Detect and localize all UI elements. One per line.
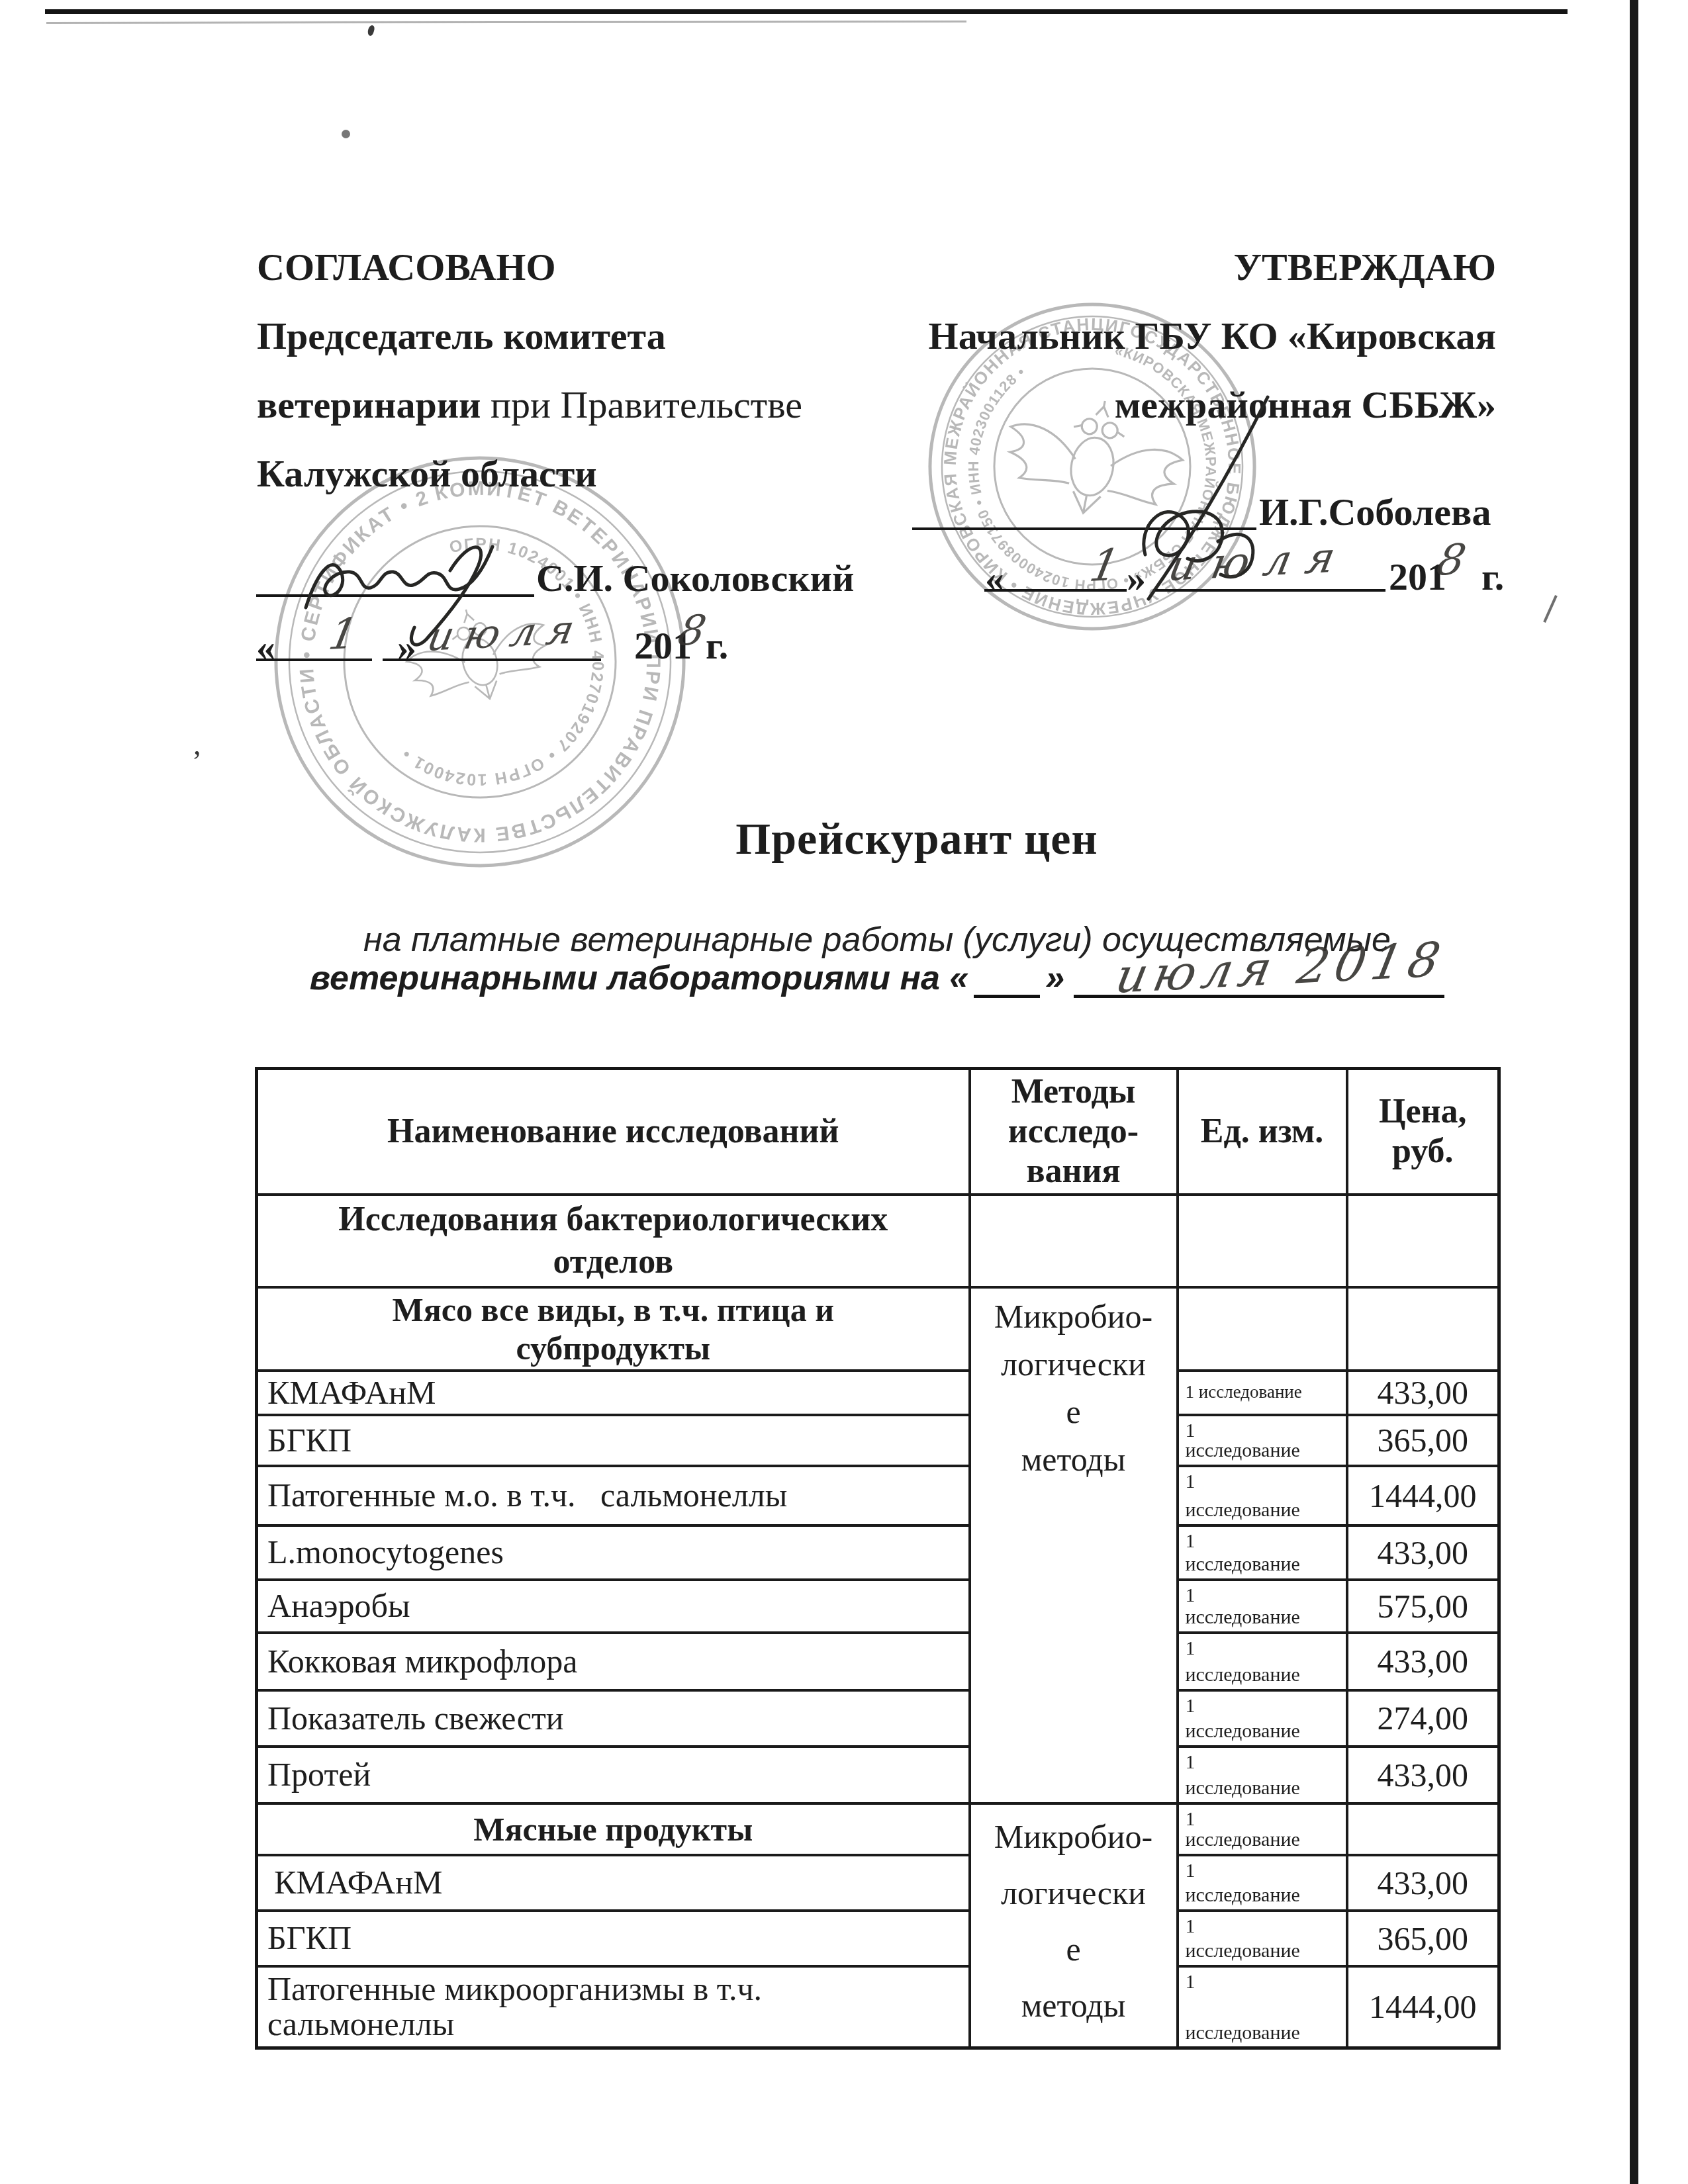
- left-date-era: г.: [706, 625, 728, 667]
- right-date-open-quote: «: [985, 557, 1004, 600]
- left-block-heading: СОГЛАСОВАНО: [257, 246, 556, 289]
- left-date-close-quote: »: [397, 626, 416, 668]
- table-row: Патогенные микроорганизмы в т.ч.сальмоне…: [257, 1966, 1499, 2048]
- group2-header-row: Мясные продукты Микробио-логическиеметод…: [257, 1803, 1499, 1855]
- row-unit: 1исследование: [1178, 1580, 1347, 1633]
- left-signatory-name: С.И. Соколовский: [536, 557, 854, 600]
- scan-artifact-top-line: [45, 9, 1568, 14]
- row-unit: 1исследование: [1178, 1855, 1347, 1911]
- row-price: 433,00: [1347, 1371, 1499, 1415]
- scan-speck: [367, 24, 376, 36]
- row-name: Показатель свежести: [257, 1690, 970, 1747]
- row-price: 1444,00: [1347, 1966, 1499, 2048]
- left-date-day-blank: [256, 659, 372, 661]
- table-row: КМАФАнМ 1исследование 433,00: [257, 1855, 1499, 1911]
- subtitle-day-blank: [974, 960, 1040, 998]
- row-price: 433,00: [1347, 1855, 1499, 1911]
- row-unit: 1исследование: [1178, 1466, 1347, 1525]
- row-unit: 1исследование: [1178, 1747, 1347, 1803]
- header-name: Наименование исследований: [257, 1069, 970, 1195]
- left-block-line2-regular: при Правительстве: [481, 383, 802, 426]
- table-header-row: Наименование исследований Методыисследо-…: [257, 1069, 1499, 1195]
- row-name: КМАФАнМ: [257, 1371, 970, 1415]
- right-date-era: г.: [1481, 556, 1504, 598]
- page-title: Прейскурант цен: [596, 813, 1238, 865]
- row-name: КМАФАнМ: [257, 1855, 970, 1911]
- row-unit: 1исследование: [1178, 1911, 1347, 1966]
- left-block-line3: Калужской области: [257, 453, 597, 495]
- row-name: Кокковая микрофлора: [257, 1633, 970, 1690]
- group1-title: Мясо все виды, в т.ч. птица исубпродукты: [257, 1287, 970, 1371]
- table-row: БГКП 1исследование 365,00: [257, 1415, 1499, 1466]
- row-name: L.monocytogenes: [257, 1525, 970, 1580]
- row-name: БГКП: [257, 1911, 970, 1966]
- table-row: Протей 1исследование 433,00: [257, 1747, 1499, 1803]
- row-price: 365,00: [1347, 1415, 1499, 1466]
- right-handwritten-year-digit: 8: [1432, 535, 1470, 586]
- scanned-price-list-page: , КОМИТЕТ ВЕТЕРИНАРИИ ПРИ ПРАВИТЕЛЬСТВЕ …: [0, 0, 1688, 2184]
- group2-methods: Микробио-логическиеметоды: [970, 1803, 1178, 2048]
- header-price: Цена,руб.: [1347, 1069, 1499, 1195]
- table-row: Анаэробы 1исследование 575,00: [257, 1580, 1499, 1633]
- group2-title: Мясные продукты: [257, 1803, 970, 1855]
- table-row: КМАФАнМ 1 исследование 433,00: [257, 1371, 1499, 1415]
- row-price: 433,00: [1347, 1747, 1499, 1803]
- group1-methods: Микробио-логическиеметоды: [970, 1287, 1178, 1803]
- row-name: Протей: [257, 1747, 970, 1803]
- row-unit: 1 исследование: [1178, 1371, 1347, 1415]
- price-table: Наименование исследований Методыисследо-…: [255, 1067, 1501, 2050]
- right-handwritten-month: июля: [1164, 533, 1354, 591]
- left-date-open-quote: «: [256, 626, 275, 668]
- left-handwritten-month: июля: [424, 606, 589, 660]
- row-name: Патогенные м.о. в т.ч. сальмонеллы: [257, 1466, 970, 1525]
- row-unit: 1исследование: [1178, 1633, 1347, 1690]
- row-unit: 1исследование: [1178, 1690, 1347, 1747]
- table-row: Патогенные м.о. в т.ч. сальмонеллы 1иссл…: [257, 1466, 1499, 1525]
- left-date-month-blank: [383, 659, 601, 661]
- header-methods: Методыисследо-вания: [970, 1069, 1178, 1195]
- subtitle-open-quote: «: [949, 959, 968, 997]
- row-unit: 1исследование: [1178, 1415, 1347, 1466]
- left-block-line2-bold: ветеринарии: [257, 383, 481, 426]
- row-unit: 1исследование: [1178, 1525, 1347, 1580]
- table-row: Кокковая микрофлора 1исследование 433,00: [257, 1633, 1499, 1690]
- subtitle-close-quote: »: [1045, 959, 1064, 997]
- scan-speck: [342, 130, 350, 138]
- row-price: 575,00: [1347, 1580, 1499, 1633]
- row-price: 1444,00: [1347, 1466, 1499, 1525]
- table-row: Показатель свежести 1исследование 274,00: [257, 1690, 1499, 1747]
- row-name: БГКП: [257, 1415, 970, 1466]
- right-date-close-quote: »: [1127, 557, 1146, 600]
- right-block-line1: Начальник ГБУ КО «Кировская: [927, 315, 1496, 357]
- table-row: L.monocytogenes 1исследование 433,00: [257, 1525, 1499, 1580]
- right-block-heading: УТВЕРЖДАЮ: [927, 246, 1496, 289]
- row-price: 433,00: [1347, 1525, 1499, 1580]
- row-price: 365,00: [1347, 1911, 1499, 1966]
- subtitle-line2-text: ветеринарными лабораториями на: [310, 959, 949, 997]
- row-price: [1347, 1803, 1499, 1855]
- left-block-line2: ветеринарии при Правительстве: [257, 384, 802, 426]
- scan-speck: ,: [193, 727, 201, 762]
- row-name: Патогенные микроорганизмы в т.ч.сальмоне…: [257, 1966, 970, 2048]
- header-unit: Ед. изм.: [1178, 1069, 1347, 1195]
- scan-speck: [1543, 595, 1558, 623]
- row-unit: 1исследование: [1178, 1803, 1347, 1855]
- group1-header-row: Мясо все виды, в т.ч. птица исубпродукты…: [257, 1287, 1499, 1371]
- scan-artifact-right-line: [1630, 0, 1638, 2184]
- table-row: БГКП 1исследование 365,00: [257, 1911, 1499, 1966]
- row-price: 433,00: [1347, 1633, 1499, 1690]
- section-row: Исследования бактериологическихотделов: [257, 1195, 1499, 1287]
- left-block-line1: Председатель комитета: [257, 315, 666, 357]
- row-name: Анаэробы: [257, 1580, 970, 1633]
- row-price: 274,00: [1347, 1690, 1499, 1747]
- section-title: Исследования бактериологическихотделов: [257, 1195, 970, 1287]
- scan-artifact-top-line-2: [46, 21, 966, 24]
- row-unit: 1исследование: [1178, 1966, 1347, 2048]
